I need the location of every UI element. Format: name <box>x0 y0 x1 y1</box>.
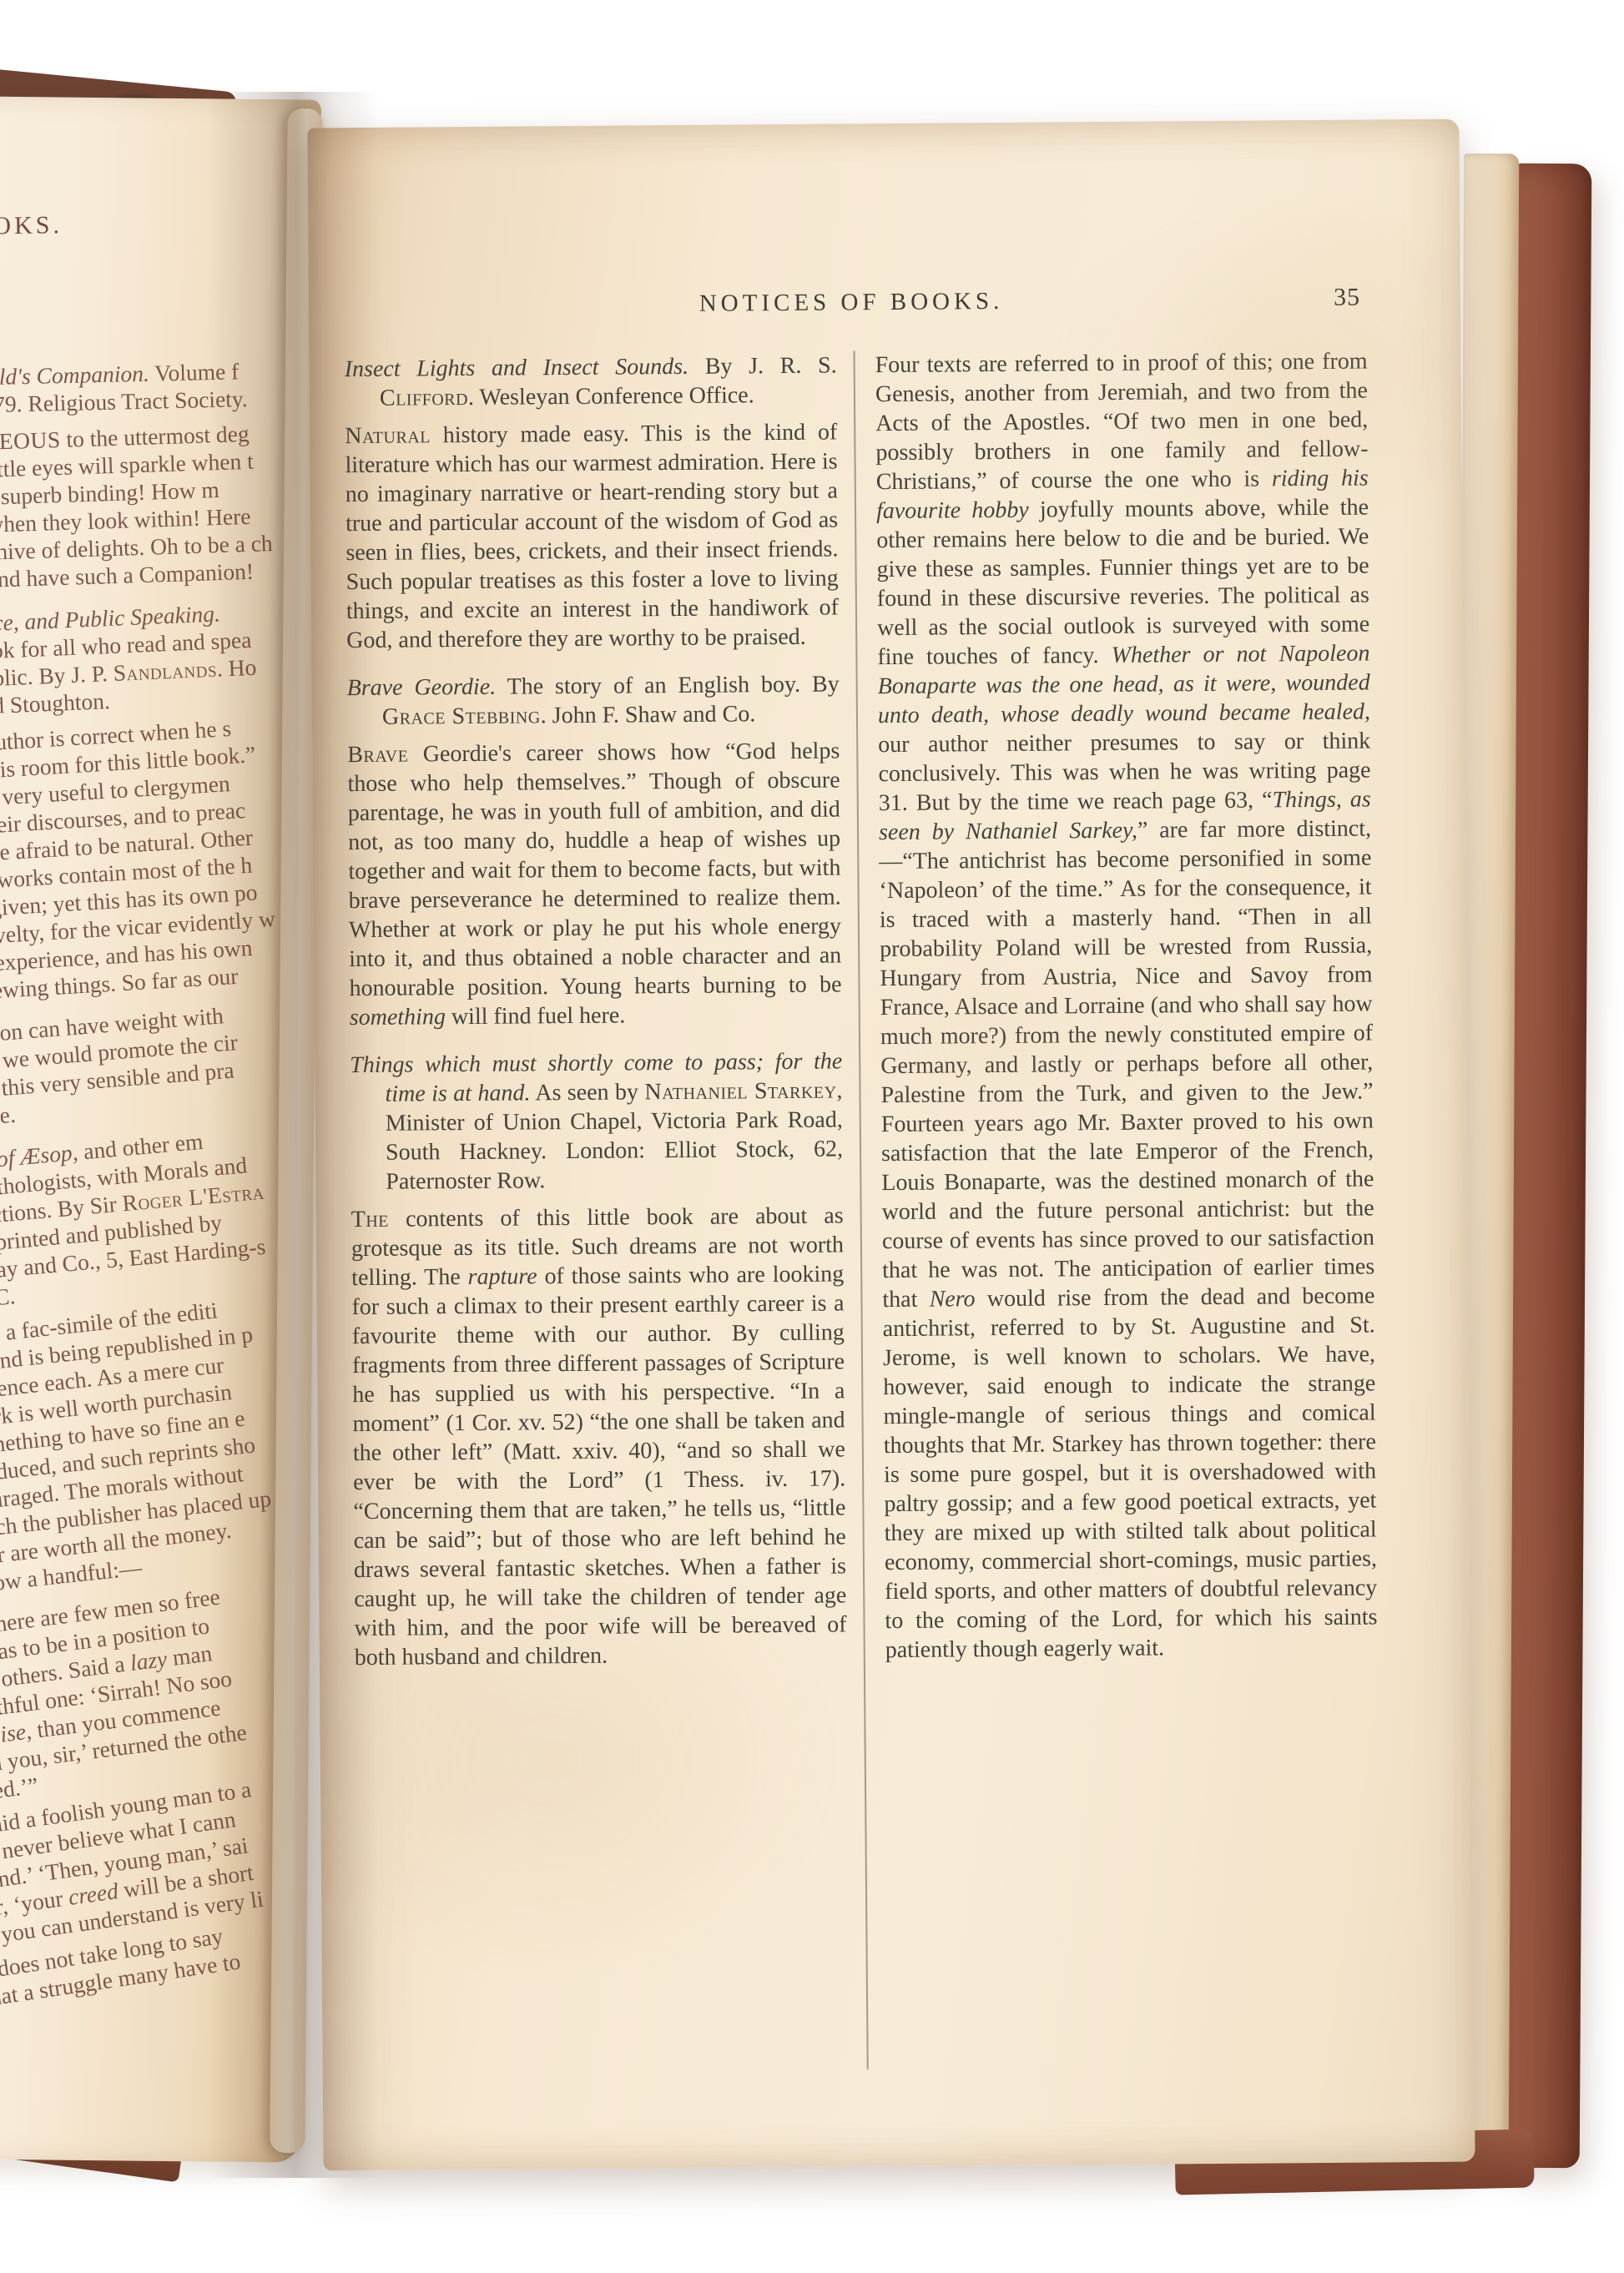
running-title: NOTICES OF BOOKS. <box>275 285 1427 321</box>
text-line: BOOKS. <box>0 207 321 240</box>
paragraph: The contents of this little book are abo… <box>351 1201 847 1672</box>
left-page-block: endation can have weight withlergy, we w… <box>0 994 321 1133</box>
book-entry-heading: Things which must shortly come to pass; … <box>350 1046 843 1197</box>
paragraph: Natural history made easy. This is the k… <box>345 417 839 655</box>
photo-background: BOOKS.e Child's Companion. Volume f1879.… <box>0 0 1624 2273</box>
column-left: Insect Lights and Insect Sounds. By J. R… <box>345 350 867 2074</box>
left-page-block: ORGEOUS to the uttermost degow little ey… <box>0 417 321 594</box>
paragraph: Four texts are referred to in proof of t… <box>875 346 1378 1665</box>
book-entry-heading: Brave Geordie. The story of an English b… <box>347 669 840 732</box>
left-page-block: e Voice, and Public Speaking.book for al… <box>0 595 321 721</box>
left-page-block: BOOKS. <box>0 207 321 240</box>
book-entry-heading: Insect Lights and Insect Sounds. By J. R… <box>345 350 838 413</box>
left-page-block: HIS is a fac-simile of the editi669, and… <box>0 1286 321 1600</box>
left-page-block: UR author is correct when he sthere is r… <box>0 708 321 1005</box>
page-number: 35 <box>1334 284 1360 312</box>
right-page: NOTICES OF BOOKS. 35 Insect Lights and I… <box>307 119 1475 2171</box>
left-page-block: ables of Æsop, and other emMythologists,… <box>0 1116 321 1314</box>
left-page-block: e Child's Companion. Volume f1879. Relig… <box>0 355 321 419</box>
page-header: NOTICES OF BOOKS. 35 <box>309 285 1460 327</box>
column-right: Four texts are referred to in proof of t… <box>854 346 1381 2069</box>
text-columns: Insect Lights and Insect Sounds. By J. R… <box>345 346 1475 2074</box>
paragraph: Brave Geordie's career shows how “God he… <box>347 736 842 1032</box>
